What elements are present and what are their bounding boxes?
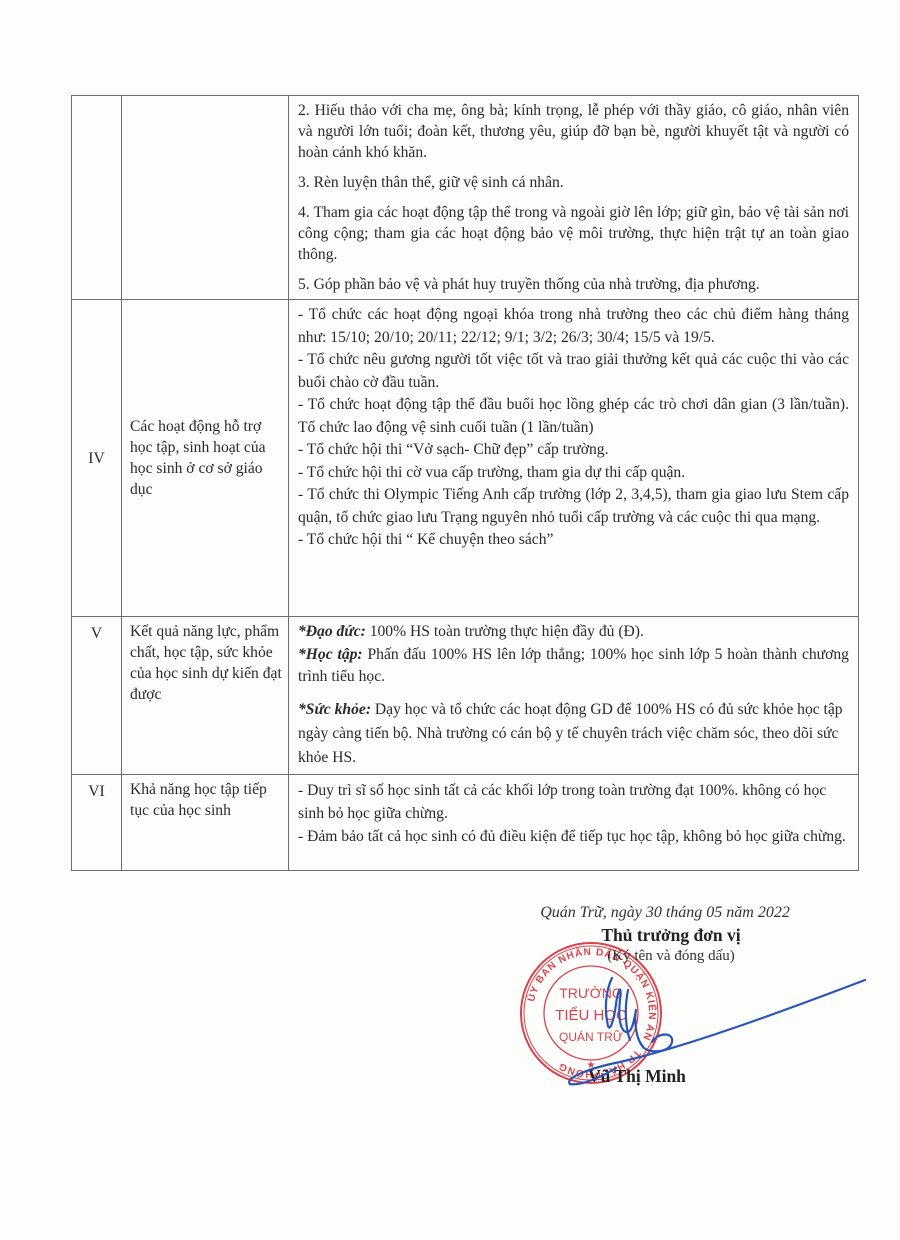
result-text: Phấn đấu 100% HS lên lớp thẳng; 100% học… [298,646,849,686]
content-line: - Tổ chức thi Olympic Tiếng Anh cấp trườ… [298,484,849,529]
result-text: Dạy học và tổ chức các hoạt động GD để 1… [298,701,843,766]
result-item: *Sức khỏe: Dạy học và tổ chức các hoạt đ… [298,698,849,770]
result-heading: *Học tập: [298,646,363,663]
result-text: 100% HS toàn trường thực hiện đầy đủ (Đ)… [366,623,644,640]
result-item: *Học tập: Phấn đấu 100% HS lên lớp thẳng… [298,644,849,689]
content-line: - Tổ chức các hoạt động ngoại khóa trong… [298,304,849,349]
content-line: - Tổ chức hoạt động tập thể đầu buổi học… [298,394,849,439]
row-label: Các hoạt động hỗ trợ học tập, sinh hoạt … [122,300,289,617]
signature-block: Quán Trữ, ngày 30 tháng 05 năm 2022 Thủ … [500,902,830,966]
content-line: - Tổ chức nêu gương người tốt việc tốt v… [298,349,849,394]
row-label: Khả năng học tập tiếp tục của học sinh [122,774,289,870]
content-line: - Tổ chức hội thi “ Kể chuyện theo sách” [298,529,849,552]
content-paragraph: 4. Tham gia các hoạt động tập thể trong … [298,202,849,265]
content-line: - Đảm bảo tất cả học sinh có đủ điều kiệ… [298,825,849,848]
result-item: *Đạo đức: 100% HS toàn trường thực hiện … [298,621,849,644]
row-label: Kết quả năng lực, phẩm chất, học tập, sứ… [122,617,289,775]
content-line: - Duy trì sĩ số học sinh tất cả các khối… [298,779,849,825]
row-content: - Duy trì sĩ số học sinh tất cả các khối… [289,774,859,870]
plan-table: 2. Hiếu thảo với cha mẹ, ông bà; kính tr… [71,95,859,871]
content-paragraph: 5. Góp phần bảo vệ và phát huy truyền th… [298,274,849,295]
content-paragraph: 2. Hiếu thảo với cha mẹ, ông bà; kính tr… [298,100,849,163]
document-page: 2. Hiếu thảo với cha mẹ, ông bà; kính tr… [0,0,900,1240]
row-content: *Đạo đức: 100% HS toàn trường thực hiện … [289,617,859,775]
row-number [72,96,122,300]
signer-role: Thủ trưởng đơn vị [512,924,830,946]
result-heading: *Sức khỏe: [298,701,371,718]
row-number: VI [72,774,122,870]
row-content: 2. Hiếu thảo với cha mẹ, ông bà; kính tr… [289,96,859,300]
result-heading: *Đạo đức: [298,623,366,640]
table-row: V Kết quả năng lực, phẩm chất, học tập, … [72,617,859,775]
row-number: V [72,617,122,775]
row-content: - Tổ chức các hoạt động ngoại khóa trong… [289,300,859,617]
table-row: 2. Hiếu thảo với cha mẹ, ông bà; kính tr… [72,96,859,300]
table-row: IV Các hoạt động hỗ trợ học tập, sinh ho… [72,300,859,617]
table-row: VI Khả năng học tập tiếp tục của học sin… [72,774,859,870]
handwritten-signature-icon [560,960,870,1090]
content-paragraph: 3. Rèn luyện thân thể, giữ vệ sinh cá nh… [298,172,849,193]
content-line: - Tổ chức hội thi “Vở sạch- Chữ đẹp” cấp… [298,439,849,462]
content-line: - Tổ chức hội thi cờ vua cấp trường, tha… [298,462,849,485]
row-number: IV [72,300,122,617]
row-label [122,96,289,300]
place-date: Quán Trữ, ngày 30 tháng 05 năm 2022 [500,902,830,924]
